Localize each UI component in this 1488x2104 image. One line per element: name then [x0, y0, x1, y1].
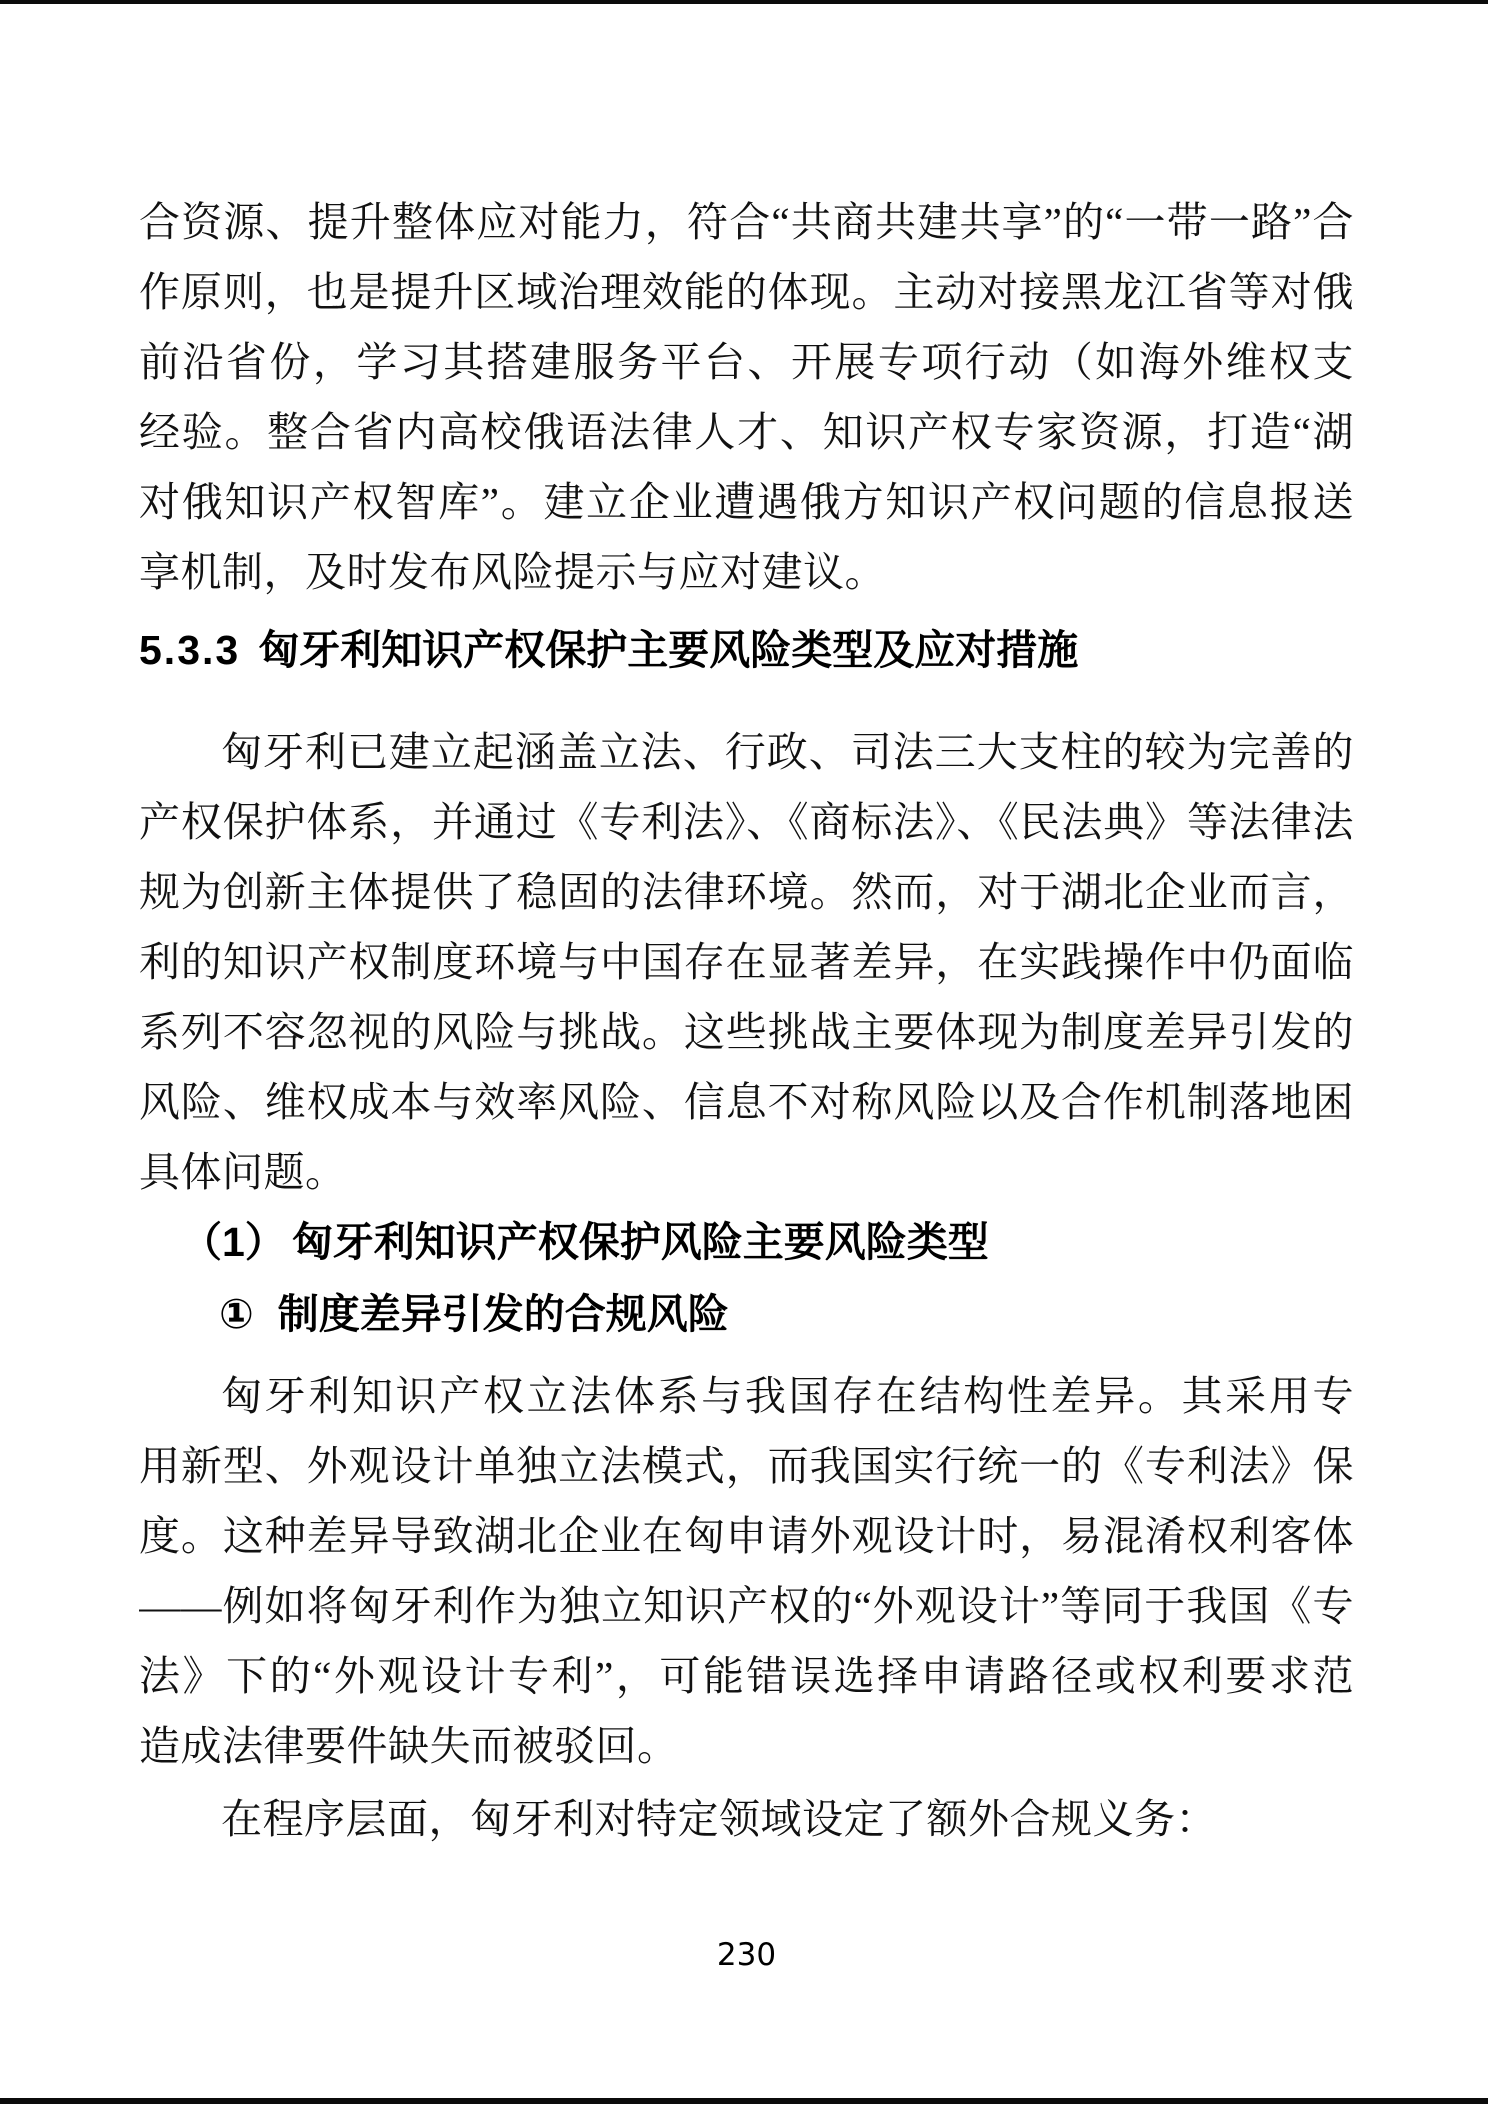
paragraph-compliance-risk: 匈牙利知识产权立法体系与我国存在结构性差异。其采用专利、实用新型、外观设计单独立… — [139, 1361, 1354, 1781]
heading-title: 匈牙利知识产权保护主要风险类型及应对措施 — [258, 627, 1078, 673]
subheading-compliance-risk: ①制度差异引发的合规风险 — [139, 1279, 1354, 1349]
subheading-risk-types-label: （1） — [181, 1219, 286, 1265]
text-line: 匈牙利已建立起涵盖立法、行政、司法三大支柱的较为完善的知识 — [139, 717, 1354, 787]
page-content: 合资源、提升整体应对能力，符合“共商共建共享”的“一带一路”合作原则，也是提升区… — [139, 0, 1354, 1854]
top-border — [0, 0, 1488, 4]
heading-number: 5.3.3 — [139, 627, 240, 673]
text-line: ——例如将匈牙利作为独立知识产权的“外观设计”等同于我国《专利 — [139, 1571, 1354, 1641]
text-line: 作原则，也是提升区域治理效能的体现。主动对接黑龙江省等对俄合作 — [139, 257, 1354, 327]
text-line: 在程序层面，匈牙利对特定领域设定了额外合规义务： — [139, 1784, 1354, 1854]
paragraph-hungary-overview: 匈牙利已建立起涵盖立法、行政、司法三大支柱的较为完善的知识产权保护体系，并通过《… — [139, 717, 1354, 1207]
bottom-border — [0, 2098, 1488, 2104]
text-line: 造成法律要件缺失而被驳回。 — [139, 1711, 1354, 1781]
text-line: 经验。整合省内高校俄语法律人才、知识产权专家资源，打造“湖北省 — [139, 397, 1354, 467]
text-line: 对俄知识产权智库”。建立企业遭遇俄方知识产权问题的信息报送与共 — [139, 467, 1354, 537]
text-line: 风险、维权成本与效率风险、信息不对称风险以及合作机制落地困难等 — [139, 1067, 1354, 1137]
text-line: 度。这种差异导致湖北企业在匈申请外观设计时，易混淆权利客体属性 — [139, 1501, 1354, 1571]
text-line: 法》下的“外观设计专利”，可能错误选择申请路径或权利要求范围， — [139, 1641, 1354, 1711]
document-page: 合资源、提升整体应对能力，符合“共商共建共享”的“一带一路”合作原则，也是提升区… — [0, 0, 1488, 2104]
text-line: 享机制，及时发布风险提示与应对建议。 — [139, 537, 1354, 607]
subheading-compliance-risk-title: 制度差异引发的合规风险 — [278, 1291, 729, 1337]
subheading-risk-types-title: 匈牙利知识产权保护风险主要风险类型 — [292, 1219, 989, 1265]
subheading-risk-types: （1）匈牙利知识产权保护风险主要风险类型 — [139, 1207, 1354, 1277]
paragraph-russia-cooperation: 合资源、提升整体应对能力，符合“共商共建共享”的“一带一路”合作原则，也是提升区… — [139, 187, 1354, 607]
paragraph-procedural: 在程序层面，匈牙利对特定领域设定了额外合规义务： — [139, 1784, 1354, 1854]
circled-one-marker: ① — [219, 1291, 254, 1337]
heading-5-3-3: 5.3.3匈牙利知识产权保护主要风险类型及应对措施 — [139, 615, 1354, 685]
text-line: 系列不容忽视的风险与挑战。这些挑战主要体现为制度差异引发的合规 — [139, 997, 1354, 1067]
text-line: 前沿省份，学习其搭建服务平台、开展专项行动（如海外维权支持）的 — [139, 327, 1354, 397]
page-number: 230 — [139, 1920, 1354, 1990]
text-line: 规为创新主体提供了稳固的法律环境。然而，对于湖北企业而言，匈牙 — [139, 857, 1354, 927]
text-line: 产权保护体系，并通过《专利法》、《商标法》、《民法典》等法律法 — [139, 787, 1354, 857]
text-line: 具体问题。 — [139, 1137, 1354, 1207]
text-line: 用新型、外观设计单独立法模式，而我国实行统一的《专利法》保护制 — [139, 1431, 1354, 1501]
text-line: 利的知识产权制度环境与中国存在显著差异，在实践操作中仍面临着一 — [139, 927, 1354, 997]
text-line: 合资源、提升整体应对能力，符合“共商共建共享”的“一带一路”合 — [139, 187, 1354, 257]
text-line: 匈牙利知识产权立法体系与我国存在结构性差异。其采用专利、实 — [139, 1361, 1354, 1431]
